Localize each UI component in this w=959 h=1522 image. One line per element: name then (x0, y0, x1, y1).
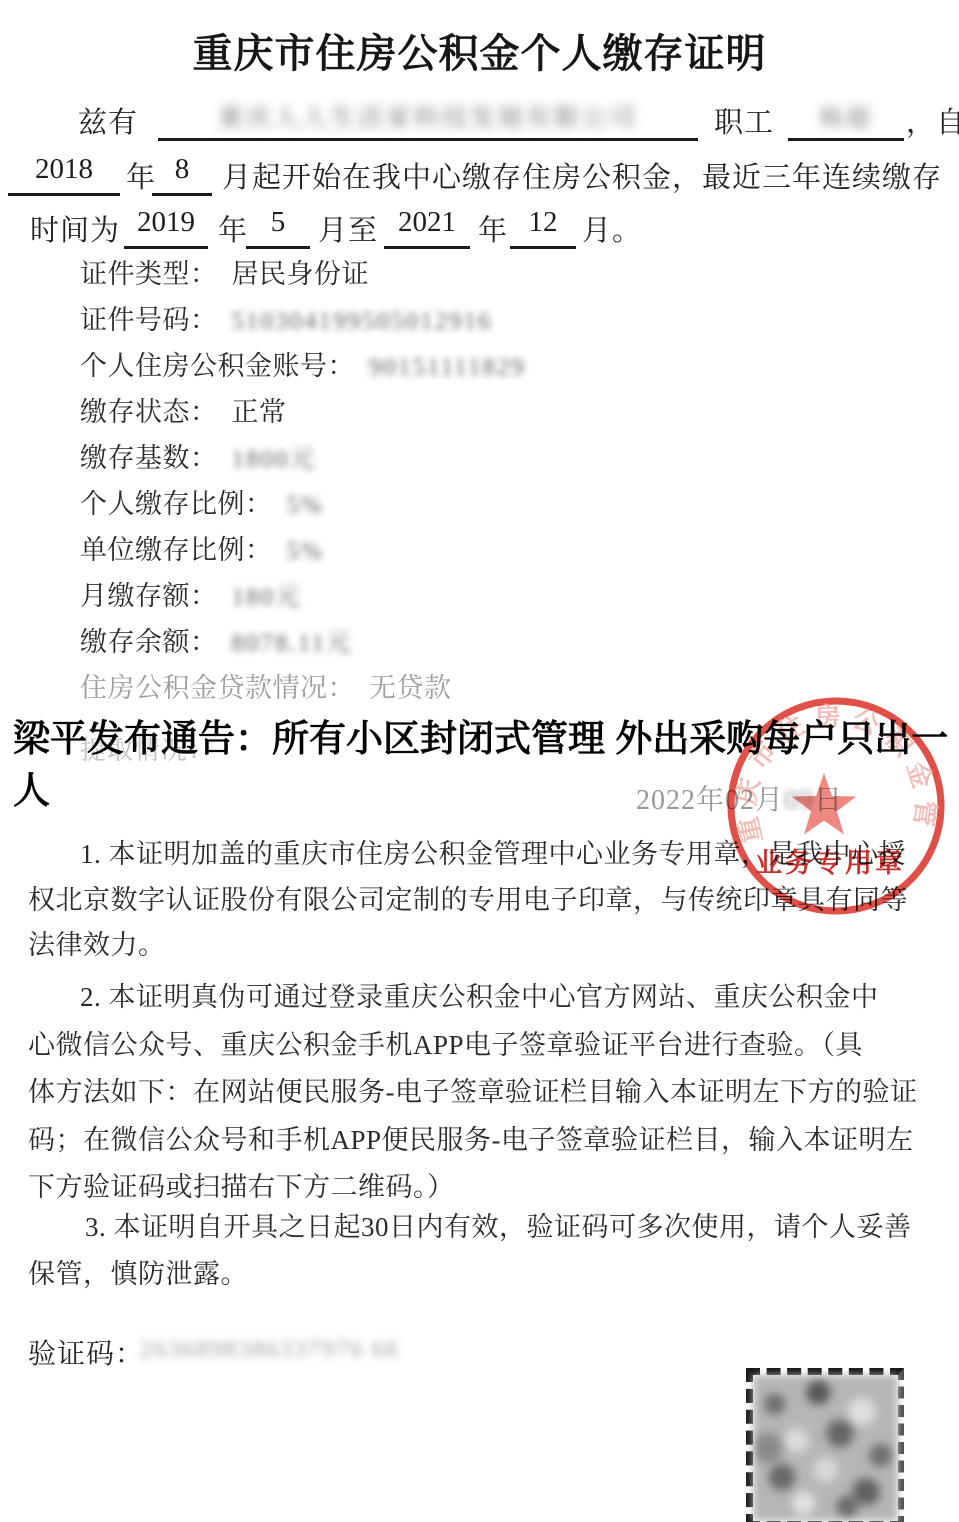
year-char-3: 年 (478, 208, 508, 249)
field-row-deposit-status: 缴存状态：正常 (80, 390, 287, 429)
note2-line4: 码；在微信公众号和手机APP便民服务-电子签章验证栏目，输入本证明左 (28, 1118, 914, 1157)
verify-code-blurred-text: 2636898386337976 66 (140, 1337, 400, 1363)
field-value: 正常 (232, 397, 287, 427)
start-year: 2018 (35, 153, 93, 185)
seal-star-icon (792, 773, 857, 835)
note1-line3: 法律效力。 (28, 923, 166, 962)
field-value: 居民身份证 (232, 259, 370, 289)
field-row-personal-ratio: 个人缴存比例：5% (80, 482, 324, 521)
field-value-blurred: 90151111829 (369, 354, 526, 381)
note3-line2: 保管，慎防泄露。 (28, 1252, 248, 1291)
line3-prefix: 时间为 (30, 208, 120, 249)
note2-line1: 2. 本证明真伪可通过登录重庆公积金中心官方网站、重庆公积金中 (80, 975, 879, 1014)
intro-line2-text: 月起开始在我中心缴存住房公积金，最近三年连续缴存 (222, 155, 942, 196)
verify-code-value-blurred: 2636898386337976 66 (140, 1337, 400, 1364)
staff-label: 职工 (714, 100, 774, 141)
range-year1: 2019 (137, 206, 195, 238)
field-value-blurred: 1800元 (232, 446, 317, 473)
overlay-headline-line2: 人 (13, 760, 50, 814)
company-name-blank: 重庆人人生活家科技发展有限公司 (158, 98, 698, 141)
field-label: 住房公积金贷款情况： (80, 673, 355, 703)
year-char-2: 年 (218, 208, 248, 249)
month-to-char: 月至 (318, 208, 378, 249)
field-row-deposit-base: 缴存基数：1800元 (80, 436, 317, 475)
field-label: 缴存基数： (80, 443, 218, 473)
field-row-fund-account: 个人住房公积金账号：90151111829 (80, 344, 526, 383)
range-year1-blank: 2019 (124, 206, 208, 249)
seal-bottom-text: 业务专用章 (755, 847, 905, 878)
qr-noise-blur (753, 1375, 898, 1521)
intro-prefix: 兹有 (78, 100, 138, 141)
note2-line2: 心微信公众号、重庆公积金手机APP电子签章验证平台进行查验。（具 (28, 1023, 863, 1062)
range-month1: 5 (271, 206, 286, 238)
field-value: 无贷款 (369, 673, 452, 703)
field-value-blurred: 5% (287, 492, 324, 519)
start-year-blank: 2018 (8, 153, 120, 196)
field-value-blurred: 5% (287, 538, 324, 565)
field-label: 证件类型： (80, 259, 218, 289)
verification-qr-code (746, 1368, 904, 1522)
staff-name-blurred: 杨超 (819, 106, 873, 132)
range-year2-blank: 2021 (384, 206, 470, 249)
month-end-char: 月。 (582, 208, 642, 249)
field-row-unit-ratio: 单位缴存比例：5% (80, 528, 324, 567)
field-row-balance: 缴存余额：8078.11元 (80, 620, 353, 659)
field-label: 缴存余额： (80, 627, 218, 657)
field-label: 缴存状态： (80, 397, 218, 427)
field-label: 单位缴存比例： (80, 535, 273, 565)
overlay-headline-line1: 梁平发布通告：所有小区封闭式管理 外出采购每户只出一 (13, 708, 948, 762)
field-value-blurred: 510304199505012916 (232, 308, 493, 335)
certificate-page: 重庆市住房公积金个人缴存证明 兹有 重庆人人生活家科技发展有限公司 职工 杨超 … (0, 0, 959, 1522)
start-month-blank: 8 (152, 153, 212, 196)
field-label: 证件号码： (80, 305, 218, 335)
field-value-blurred: 180元 (232, 584, 303, 611)
field-row-loan-status: 住房公积金贷款情况：无贷款 (80, 666, 452, 705)
note2-line5: 下方验证码或扫描右下方二维码。） (28, 1165, 455, 1204)
range-month2-blank: 12 (510, 206, 576, 249)
field-row-monthly-deposit: 月缴存额：180元 (80, 574, 302, 613)
start-month: 8 (175, 153, 190, 185)
field-label: 月缴存额： (80, 581, 218, 611)
intro-comma: ，自 (906, 100, 959, 141)
field-row-id-type: 证件类型：居民身份证 (80, 252, 369, 291)
field-row-id-number: 证件号码：510304199505012916 (80, 298, 493, 337)
field-label: 个人缴存比例： (80, 489, 273, 519)
staff-name-blank: 杨超 (788, 98, 904, 141)
range-year2: 2021 (398, 206, 456, 238)
company-name-blurred: 重庆人人生活家科技发展有限公司 (218, 105, 638, 132)
field-label: 个人住房公积金账号： (80, 351, 355, 381)
range-month2: 12 (529, 206, 558, 238)
verify-code-label: 验证码： (28, 1332, 144, 1372)
note2-line3: 体方法如下：在网站便民服务-电子签章验证栏目输入本证明左下方的验证 (28, 1070, 918, 1109)
field-value-blurred: 8078.11元 (232, 630, 353, 657)
range-month1-blank: 5 (246, 206, 310, 249)
note3-line1: 3. 本证明自开具之日起30日内有效，验证码可多次使用，请个人妥善 (85, 1205, 912, 1244)
page-title: 重庆市住房公积金个人缴存证明 (0, 22, 959, 79)
